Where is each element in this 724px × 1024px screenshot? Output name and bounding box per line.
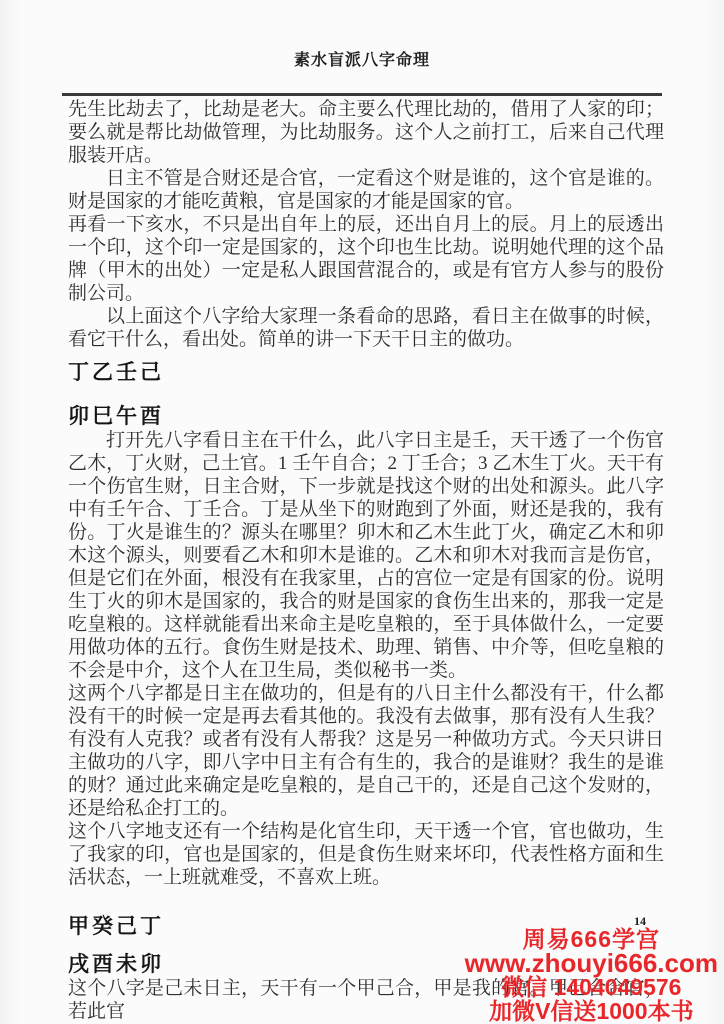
paragraph-6: 这两个八字都是日主在做功的，但是有的八日主什么都没有干，什么都没有干的时候一定是… <box>68 682 664 820</box>
document-body: 先生比劫去了，比劫是老大。命主要么代理比劫的，借用了人家的印；要么就是帮比劫做管… <box>68 98 664 1023</box>
paragraph-2: 日主不管是合财还是合官，一定看这个财是谁的，这个官是谁的。财是国家的才能吃黄粮，… <box>68 167 664 213</box>
page-number: 14 <box>634 914 646 929</box>
paragraph-5: 打开先八字看日主在干什么，此八字日主是壬，天干透了一个伤官乙木，丁火财，己土官。… <box>68 429 664 682</box>
paragraph-1: 先生比劫去了，比劫是老大。命主要么代理比劫的，借用了人家的印；要么就是帮比劫做管… <box>68 98 664 167</box>
promo-offer: 加微V信送1000本书 <box>465 999 718 1023</box>
promo-watermark: 周易666学宫 www.zhouyi666.com 微信 1404049576 … <box>465 927 718 1023</box>
promo-site-url: www.zhouyi666.com <box>465 951 718 975</box>
paragraph-4: 以上面这个八字给大家理一条看命的思路，看日主在做事的时候，看它干什么，看出处。简… <box>68 305 664 351</box>
promo-wechat-id: 微信 1404049576 <box>465 975 718 999</box>
paragraph-3: 再看一下亥水，不只是出自年上的辰，还出自月上的辰。月上的辰透出一个印，这个印一定… <box>68 213 664 305</box>
bazi-stems-heading-1: 丁乙壬己 <box>68 359 664 385</box>
header-divider <box>62 93 662 96</box>
scanned-document-page: 素水盲派八字命理 先生比劫去了，比劫是老大。命主要么代理比劫的，借用了人家的印；… <box>0 0 724 1024</box>
bazi-branches-heading-1: 卯巳午酉 <box>68 403 664 429</box>
paragraph-7: 这个八字地支还有一个结构是化官生印，天干透一个官，官也做功，生了我家的印，官也是… <box>68 820 664 889</box>
document-title: 素水盲派八字命理 <box>0 0 724 72</box>
